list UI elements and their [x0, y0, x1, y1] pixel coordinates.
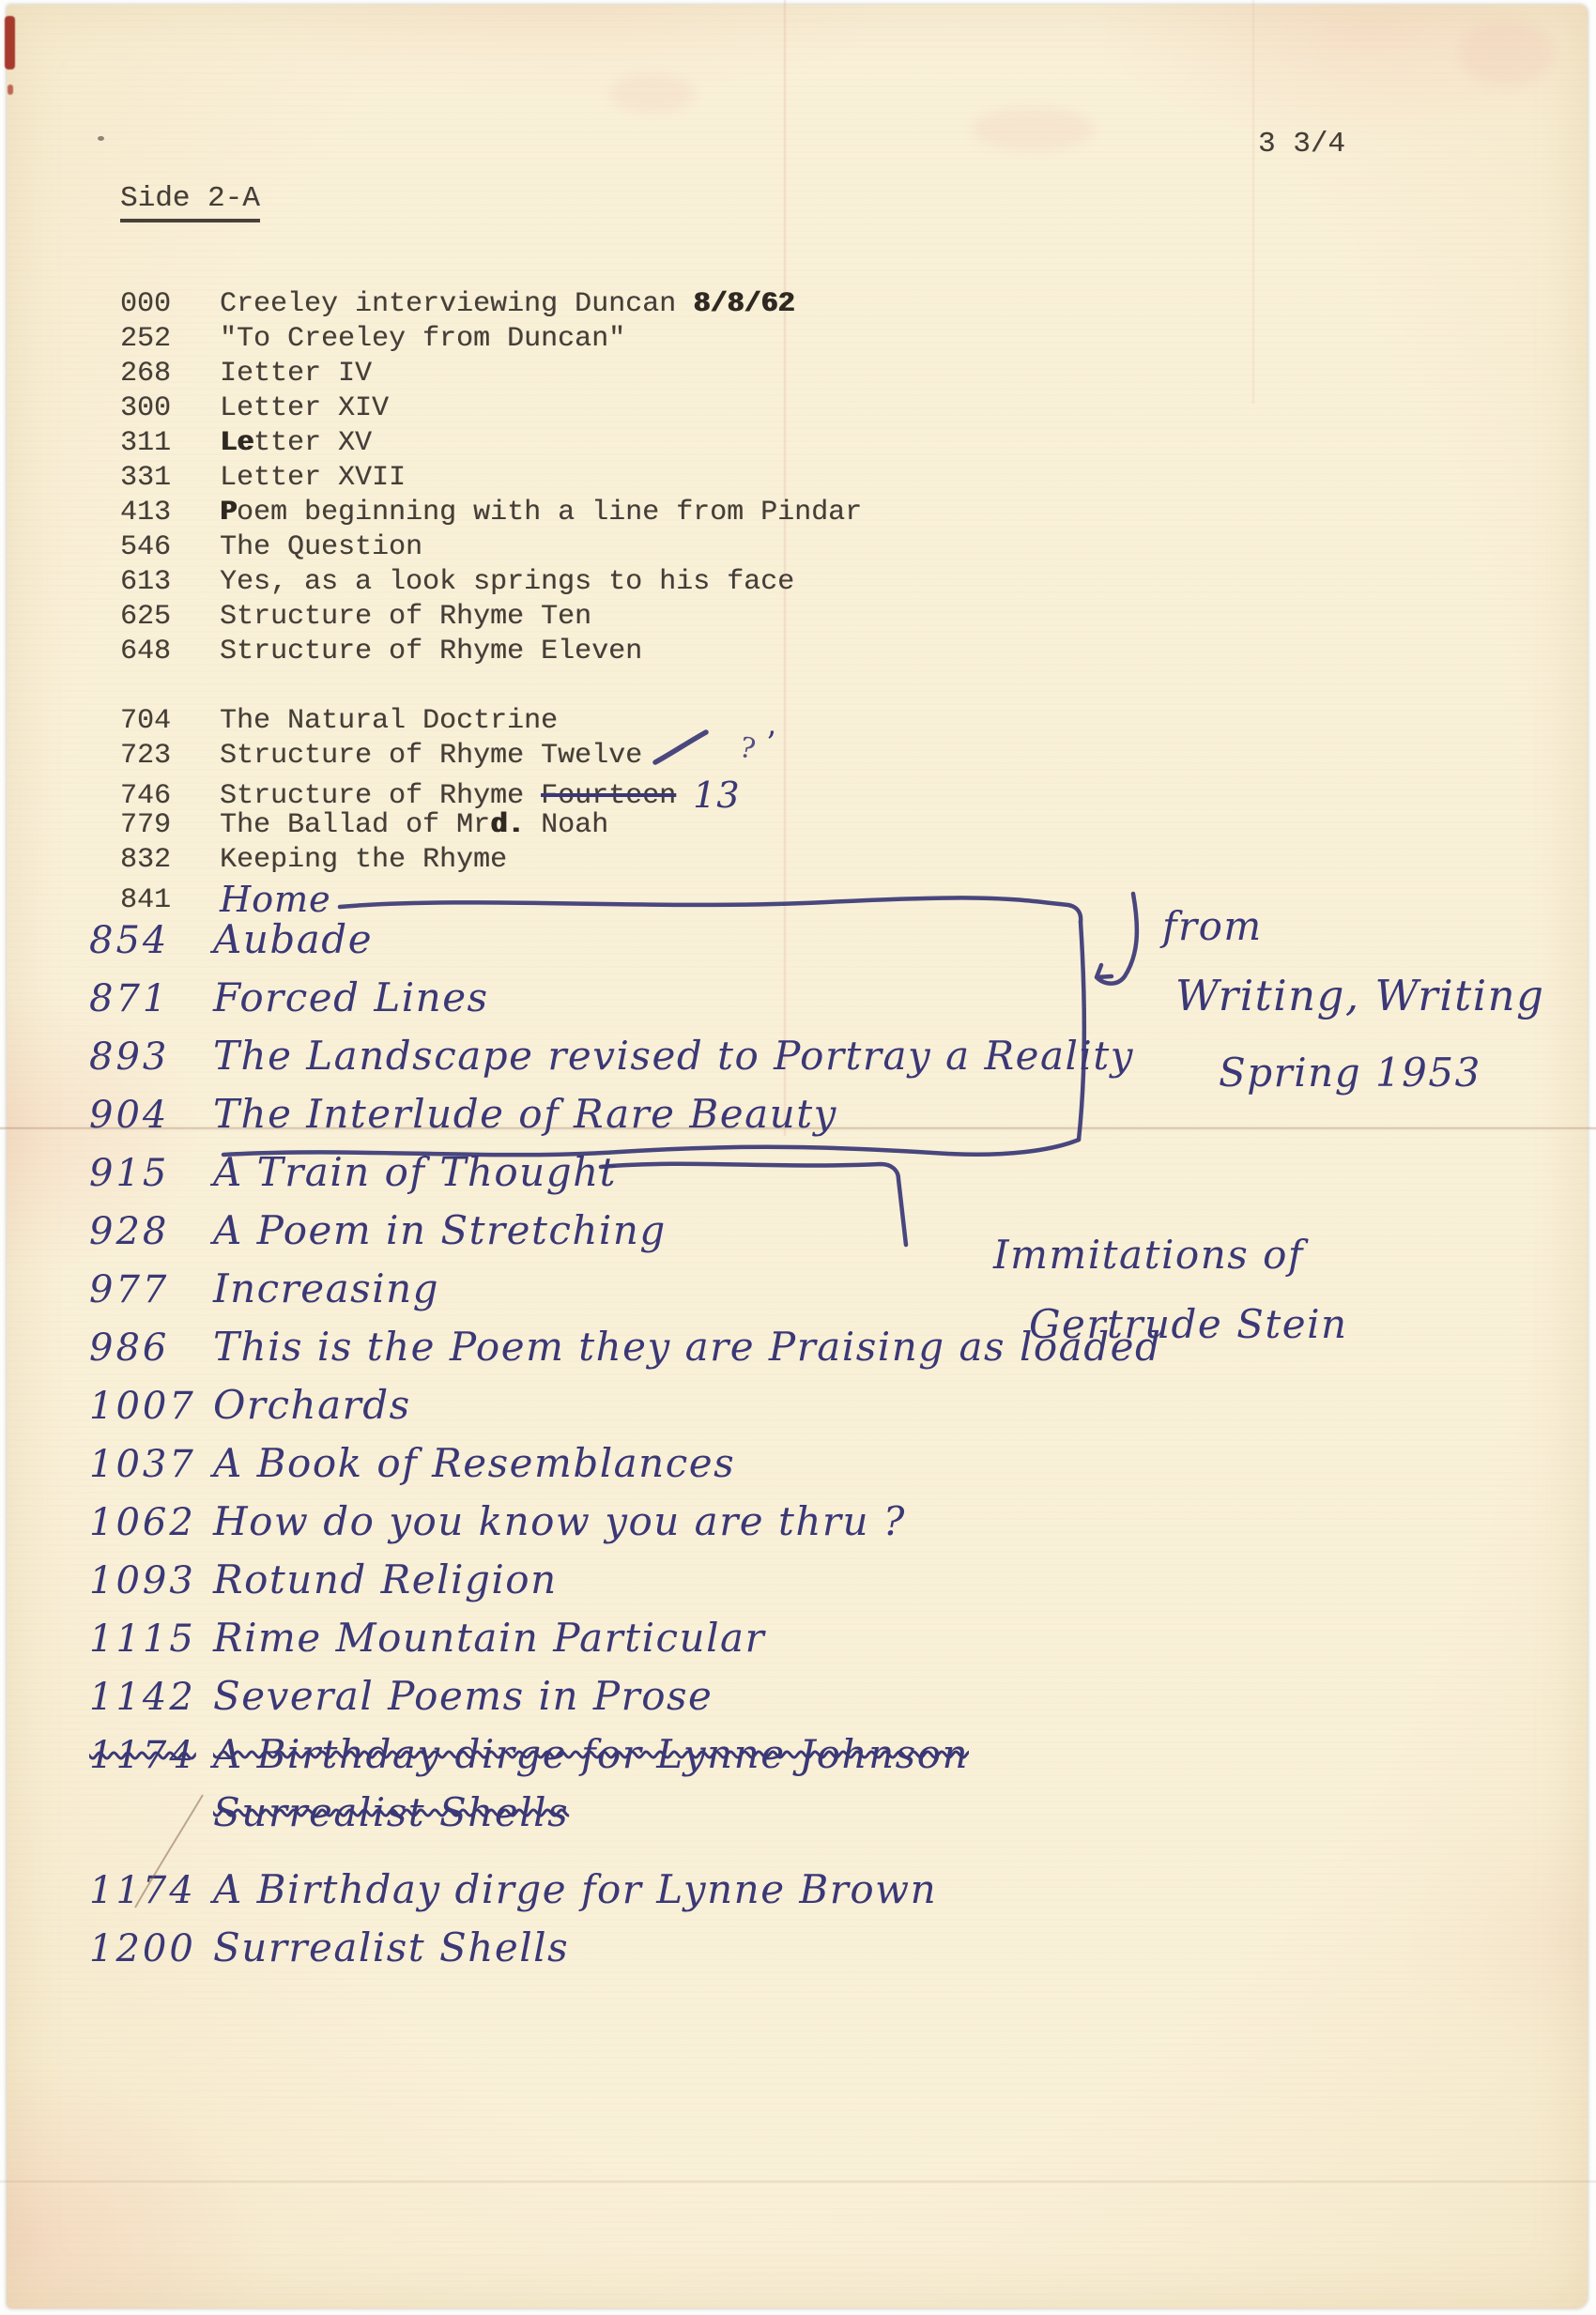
track-title: The Ballad of Mrd. Noah: [220, 809, 608, 841]
ink-fleck: [98, 136, 104, 141]
track-number: 915: [89, 1146, 213, 1201]
track-number: 300: [120, 391, 220, 426]
track-title: The Natural Doctrine: [220, 705, 558, 737]
typed-list-item: 546The Question: [120, 530, 1200, 565]
track-title: Yes, as a look springs to his face: [220, 566, 794, 598]
typed-list-item: 723Structure of Rhyme Twelve: [120, 739, 1200, 774]
track-number: 893: [89, 1030, 213, 1084]
track-title-part: Le: [220, 427, 253, 459]
handwritten-list-item: 893The Landscape revised to Portray a Re…: [89, 1029, 1272, 1087]
track-title-part: "To Creeley from Duncan": [220, 323, 625, 355]
track-title: Surrealist Shells: [213, 1789, 569, 1835]
track-title: A Book of Resemblances: [213, 1440, 735, 1486]
track-number: 625: [120, 600, 220, 635]
track-number: 704: [120, 704, 220, 739]
handwritten-list-item: 1093Rotund Religion: [89, 1553, 1272, 1611]
track-title-part: Structure of Rhyme: [220, 780, 541, 812]
track-number: 613: [120, 565, 220, 600]
track-title-part: Letter XVII: [220, 462, 406, 494]
annotation-from: from: [1162, 903, 1263, 949]
handwritten-list-item: 1174A Birthday dirge for Lynne Brown: [89, 1863, 1272, 1921]
track-title: The Interlude of Rare Beauty: [213, 1091, 837, 1137]
track-title: Aubade: [213, 916, 373, 962]
track-title: Home: [220, 884, 331, 916]
annotation-gertrude-stein: Gertrude Stein: [1029, 1301, 1348, 1347]
track-number: 1093: [89, 1554, 213, 1608]
track-number: 977: [89, 1263, 213, 1317]
track-title: Orchards: [213, 1382, 411, 1428]
annotation-immitations-of: Immitations of: [993, 1232, 1304, 1278]
track-title-part: The Ballad of Mr: [220, 809, 490, 841]
track-title: Ietter IV: [220, 358, 372, 390]
track-title: Several Poems in Prose: [213, 1673, 713, 1719]
track-number: 546: [120, 530, 220, 565]
track-title-part: Letter XIV: [220, 392, 389, 424]
track-title: Keeping the Rhyme: [220, 844, 507, 876]
track-title: Structure of Rhyme Ten: [220, 601, 591, 633]
track-title: A Birthday dirge for Lynne Johnson: [213, 1731, 969, 1777]
track-number: 1007: [89, 1379, 213, 1433]
track-number: 1115: [89, 1612, 213, 1666]
track-title-part: 13: [693, 774, 740, 816]
track-title-part: Structure of Rhyme Eleven: [220, 636, 642, 667]
track-title-part: Noah: [524, 809, 608, 841]
handwritten-list-item: 854Aubade: [89, 912, 1272, 971]
side-label: Side 2-A: [120, 182, 260, 222]
track-number: 331: [120, 461, 220, 496]
typed-list-item: 613Yes, as a look springs to his face: [120, 565, 1200, 600]
tape-speed-note: 3 3/4: [1258, 128, 1345, 161]
track-number: 252: [120, 322, 220, 357]
track-number: 832: [120, 843, 220, 878]
handwritten-list-item: 1007Orchards: [89, 1378, 1272, 1436]
track-number: 1142: [89, 1670, 213, 1725]
track-number: 648: [120, 635, 220, 669]
track-title: Poem beginning with a line from Pindar: [220, 497, 862, 529]
typed-list-item: 331Letter XVII: [120, 461, 1200, 496]
handwritten-list-item: 1062How do you know you are thru ?: [89, 1495, 1272, 1553]
track-title-part: Keeping the Rhyme: [220, 844, 507, 876]
annotation-writing-writing: Writing, Writing: [1175, 971, 1544, 1020]
track-number: 1174: [89, 1728, 213, 1783]
typed-list-item: 268Ietter IV: [120, 357, 1200, 391]
handwritten-list-item: 1037A Book of Resemblances: [89, 1436, 1272, 1495]
typed-list-item: 841Home: [120, 878, 1200, 912]
ink-ghost-smudge: [972, 108, 1094, 150]
track-number: 1062: [89, 1495, 213, 1550]
handwritten-list-item: 1200Surrealist Shells: [89, 1921, 1272, 1979]
ink-ghost-smudge: [610, 75, 695, 113]
handwritten-list-item: 871Forced Lines: [89, 971, 1272, 1029]
track-number: 986: [89, 1321, 213, 1375]
track-title-part: P: [220, 497, 237, 529]
typed-list-item: 779The Ballad of Mrd. Noah: [120, 808, 1200, 843]
track-title: Structure of Rhyme Fourteen 13: [220, 780, 740, 812]
typed-list-item: 625Structure of Rhyme Ten: [120, 600, 1200, 635]
handwritten-list-item: 1115Rime Mountain Particular: [89, 1611, 1272, 1669]
red-edge-mark: [5, 16, 15, 69]
track-number: 928: [89, 1204, 213, 1259]
track-number: 779: [120, 808, 220, 843]
track-title-part: d.: [490, 809, 524, 841]
track-title: How do you know you are thru ?: [213, 1498, 906, 1544]
typed-list-item: 704The Natural Doctrine: [120, 704, 1200, 739]
track-title: Forced Lines: [213, 974, 489, 1020]
track-number: 268: [120, 357, 220, 391]
track-title: Structure of Rhyme Eleven: [220, 636, 642, 667]
track-title: Structure of Rhyme Twelve: [220, 740, 642, 772]
track-title-part: Structure of Rhyme Twelve: [220, 740, 642, 772]
track-title-part: oem beginning with a line from Pindar: [237, 497, 862, 529]
handwritten-list-item: 1142Several Poems in Prose: [89, 1669, 1272, 1727]
typed-list-item: 413Poem beginning with a line from Pinda…: [120, 496, 1200, 530]
annotation-spring-1953: Spring 1953: [1219, 1050, 1481, 1096]
track-title: A Poem in Stretching: [213, 1207, 667, 1253]
typed-list-item: 000Creeley interviewing Duncan 8/8/62: [120, 287, 1200, 322]
typed-list-item: 311Letter XV: [120, 426, 1200, 461]
typed-list-item: 300Letter XIV: [120, 391, 1200, 426]
handwritten-list-item: 1174A Birthday dirge for Lynne Johnson: [89, 1727, 1272, 1786]
track-number: 904: [89, 1088, 213, 1142]
track-number: 1200: [89, 1922, 213, 1976]
track-title-part: Ietter IV: [220, 358, 372, 390]
red-edge-dot: [8, 84, 13, 95]
ink-ghost-smudge: [1460, 21, 1554, 86]
track-title: A Train of Thought: [213, 1149, 617, 1195]
track-number: 854: [89, 913, 213, 968]
track-title-part: [676, 780, 693, 812]
typed-list-item: 832Keeping the Rhyme: [120, 843, 1200, 878]
track-title-part: Fourteen: [541, 780, 676, 812]
pen-comma-mark: ’: [766, 725, 776, 762]
track-title: Letter XV: [220, 427, 372, 459]
handwritten-track-list: 854Aubade871Forced Lines893The Landscape…: [89, 912, 1272, 1979]
typed-list-item: 746Structure of Rhyme Fourteen 13: [120, 774, 1200, 808]
track-number: 1174: [89, 1863, 213, 1918]
track-title: Rotund Religion: [213, 1556, 558, 1602]
track-title: The Landscape revised to Portray a Reali…: [213, 1033, 1134, 1079]
track-title: A Birthday dirge for Lynne Brown: [213, 1866, 937, 1912]
track-number: 871: [89, 972, 213, 1026]
track-title: "To Creeley from Duncan": [220, 323, 625, 355]
handwritten-list-item: 904The Interlude of Rare Beauty: [89, 1087, 1272, 1145]
typed-list-item: 252"To Creeley from Duncan": [120, 322, 1200, 357]
track-title: The Question: [220, 531, 422, 563]
track-title: Letter XVII: [220, 462, 406, 494]
typed-track-list: 000Creeley interviewing Duncan 8/8/62252…: [120, 287, 1200, 912]
track-title: Increasing: [213, 1265, 439, 1311]
track-title-part: The Question: [220, 531, 422, 563]
handwritten-list-item: 915A Train of Thought: [89, 1145, 1272, 1203]
handwritten-list-item: Surrealist Shells: [89, 1786, 1272, 1844]
track-number: 311: [120, 426, 220, 461]
track-title: Creeley interviewing Duncan 8/8/62: [220, 288, 794, 320]
track-title-part: Yes, as a look springs to his face: [220, 566, 794, 598]
track-title-part: Creeley interviewing Duncan: [220, 288, 693, 320]
track-number: 1037: [89, 1437, 213, 1492]
typed-list-item: 648Structure of Rhyme Eleven: [120, 635, 1200, 669]
track-number: 413: [120, 496, 220, 530]
track-title-part: tter XV: [253, 427, 372, 459]
track-title: Letter XIV: [220, 392, 389, 424]
track-number: 000: [120, 287, 220, 322]
track-title-part: 8/8/62: [693, 288, 794, 320]
track-title-part: Structure of Rhyme Ten: [220, 601, 591, 633]
track-title: Surrealist Shells: [213, 1924, 569, 1970]
scanned-document: 3 3/4 Side 2-A 000Creeley interviewing D…: [0, 0, 1596, 2315]
track-title: Rime Mountain Particular: [213, 1615, 765, 1661]
track-title-part: The Natural Doctrine: [220, 705, 558, 737]
track-number: 723: [120, 739, 220, 774]
track-title: This is the Poem they are Praising as lo…: [213, 1324, 1161, 1370]
